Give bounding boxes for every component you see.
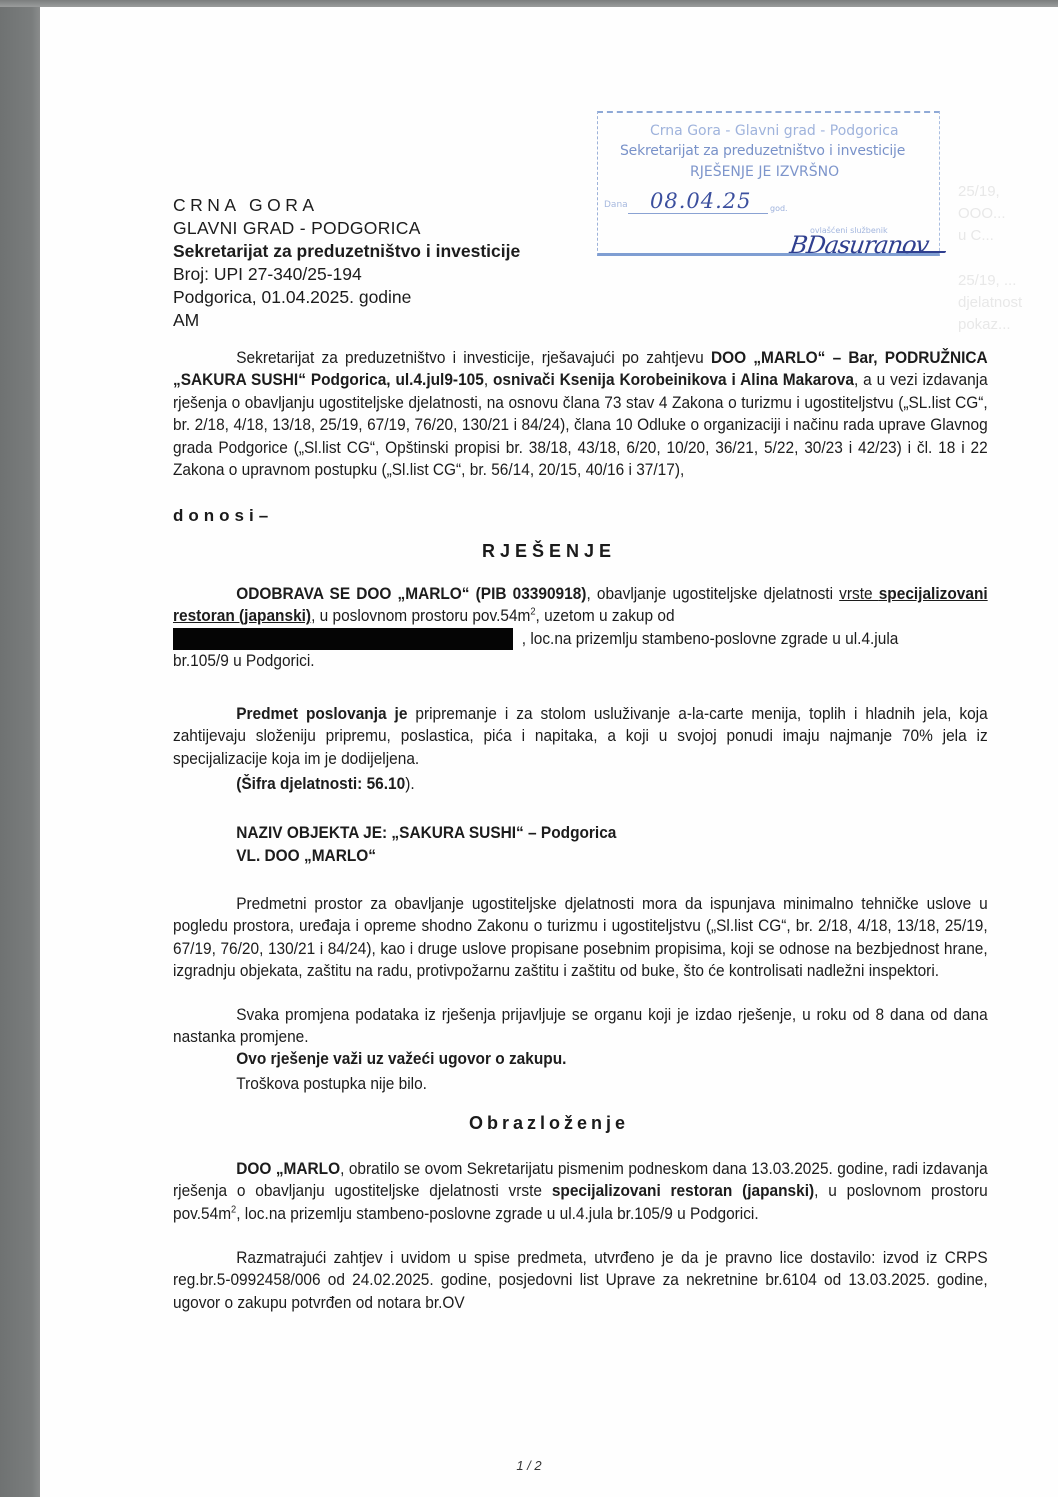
- header-department: Sekretarijat za preduzetništvo i investi…: [173, 240, 520, 263]
- bleed-through-text: OOO...: [958, 205, 1006, 222]
- stamp-date-label: Dana: [604, 200, 628, 210]
- establishment-owner: VL. DOO „MARLO“: [173, 845, 988, 867]
- location-text: , loc.na prizemlju stambeno-poslovne zgr…: [522, 629, 899, 648]
- stamp-line-1: Crna Gora - Glavni grad - Podgorica: [650, 123, 899, 139]
- establishment-name-text: NAZIV OBJEKTA JE: „SAKURA SUSHI“ – Podgo…: [236, 823, 616, 842]
- bleed-through-text: 25/19, ...: [958, 272, 1016, 289]
- bleed-through-text: u C...: [958, 227, 994, 244]
- reasoning-documents-text: Razmatrajući zahtjev i uvidom u spise pr…: [173, 1248, 988, 1312]
- decision-text: , u poslovnom prostoru pov.54m: [311, 606, 530, 625]
- reasoning-text: , loc.na prizemlju stambeno-poslovne zgr…: [236, 1204, 758, 1223]
- reasoning-paragraph-2: Razmatrajući zahtjev i uvidom u spise pr…: [173, 1247, 988, 1314]
- signature-underline: [898, 251, 946, 253]
- intro-paragraph: Sekretarijat za preduzetništvo i investi…: [173, 347, 988, 481]
- scan-edge: [0, 0, 40, 1497]
- activity-code-suffix: ).: [405, 774, 414, 793]
- decision-title: RJEŠENJE: [40, 541, 1058, 562]
- applicant-name: DOO „MARLO“ – Bar,: [711, 348, 878, 367]
- stamp-line-3: RJEŠENJE JE IZVRŠNO: [690, 164, 839, 180]
- technical-conditions-text: Predmetni prostor za obavljanje ugostite…: [173, 894, 988, 980]
- decision-text: vrste: [839, 584, 879, 603]
- header-country: CRNA GORA: [173, 194, 319, 217]
- decision-text: , uzetom u zakup od: [536, 606, 675, 625]
- signature: BDasuranov: [788, 231, 930, 259]
- address-text: br.105/9 u Podgorici.: [173, 650, 988, 672]
- executive-stamp: Crna Gora - Glavni grad - Podgorica Sekr…: [597, 111, 940, 256]
- founders: osnivači Ksenija Korobeinikova i Alina M…: [493, 370, 854, 389]
- header-city: GLAVNI GRAD - PODGORICA: [173, 217, 421, 240]
- change-reporting-text: Svaka promjena podataka iz rješenja prij…: [173, 1005, 988, 1046]
- intro-text: ,: [484, 370, 493, 389]
- activity-code: 56.10: [367, 774, 406, 793]
- bleed-through-text: 25/19,: [958, 183, 1000, 200]
- stamp-date-suffix: god.: [770, 204, 788, 213]
- donosi-label: donosi–: [173, 506, 273, 526]
- redacted-lessor: [173, 628, 513, 650]
- restaurant-type: specijalizovani restoran (japanski): [552, 1181, 814, 1200]
- technical-conditions-paragraph: Predmetni prostor za obavljanje ugostite…: [173, 893, 988, 983]
- reasoning-paragraph-1: DOO „MARLO, obratilo se ovom Sekretarija…: [173, 1158, 988, 1225]
- establishment-name: NAZIV OBJEKTA JE: „SAKURA SUSHI“ – Podgo…: [173, 822, 988, 844]
- stamp-handwritten-date: 08.04.25: [650, 189, 752, 213]
- activity-code-line: (Šifra djelatnosti: 56.10).: [173, 773, 988, 795]
- author-initials: AM: [173, 309, 199, 332]
- decision-text: , obavljanje ugostiteljske djelatnosti: [586, 584, 839, 603]
- business-scope-paragraph: Predmet poslovanja je pripremanje i za s…: [173, 703, 988, 770]
- document-place-date: Podgorica, 01.04.2025. godine: [173, 286, 411, 309]
- bleed-through-text: pokaz...: [958, 316, 1011, 333]
- document-number: Broj: UPI 27-340/25-194: [173, 263, 362, 286]
- business-scope-label: Predmet poslovanja je: [236, 704, 407, 723]
- change-reporting-paragraph: Svaka promjena podataka iz rješenja prij…: [173, 1004, 988, 1049]
- stamp-date-line: [628, 213, 768, 214]
- costs-text: Troškova postupka nije bilo.: [236, 1074, 427, 1093]
- bleed-through-text: djelatnost: [958, 294, 1022, 311]
- page-number: 1 / 2: [0, 1458, 1058, 1473]
- scan-top-edge: [0, 0, 1058, 7]
- establishment-owner-text: VL. DOO „MARLO“: [236, 846, 376, 865]
- costs-line: Troškova postupka nije bilo.: [173, 1073, 988, 1095]
- approval-statement: ODOBRAVA SE DOO „MARLO“ (PIB 03390918): [236, 584, 586, 603]
- reasoning-title: Obrazloženje: [40, 1113, 1058, 1134]
- activity-code-label: (Šifra djelatnosti:: [236, 774, 366, 793]
- lease-validity-text: Ovo rješenje važi uz važeći ugovor o zak…: [236, 1049, 566, 1068]
- intro-text: Sekretarijat za preduzetništvo i investi…: [236, 348, 711, 367]
- lease-validity-line: Ovo rješenje važi uz važeći ugovor o zak…: [173, 1048, 988, 1070]
- stamp-line-2: Sekretarijat za preduzetništvo i investi…: [620, 143, 905, 159]
- applicant-name: DOO „MARLO: [236, 1159, 340, 1178]
